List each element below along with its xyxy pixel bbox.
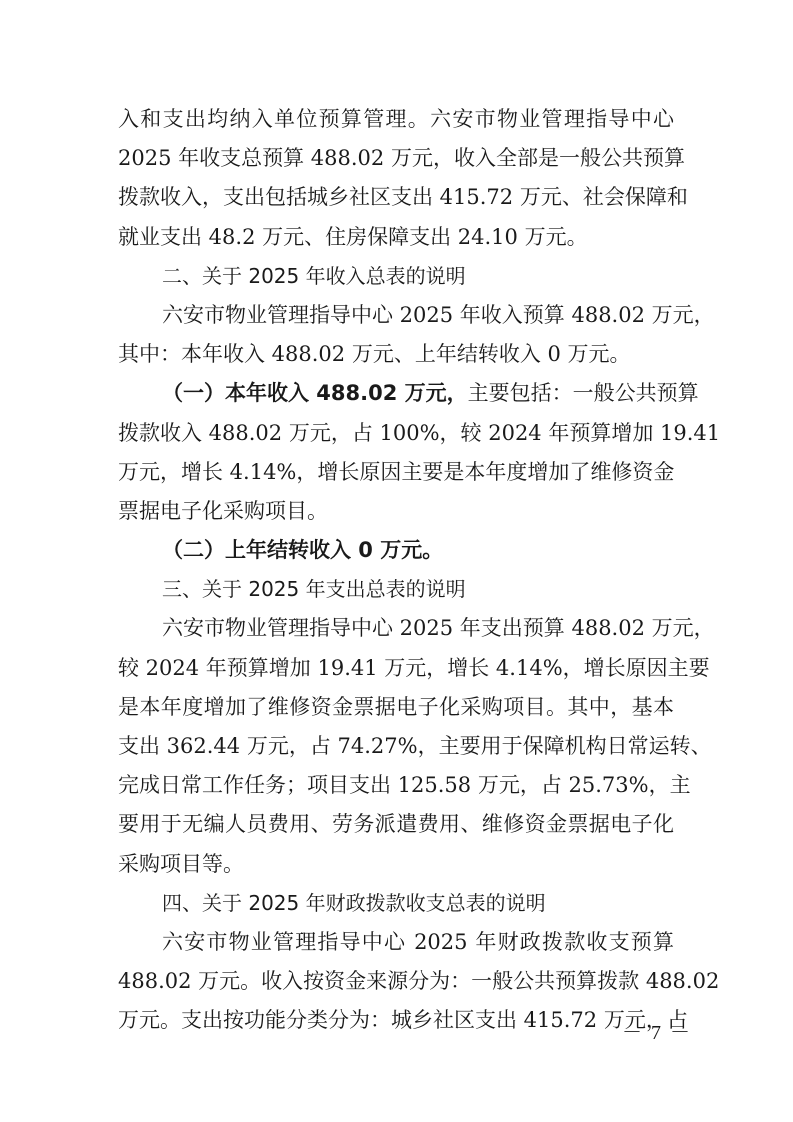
document-page: 入和支出均纳入单位预算管理。六安市物业管理指导中心 2025 年收支总预算 48… <box>118 100 674 1041</box>
text-line: 2025 年收支总预算 488.02 万元，收入全部是一般公共预算 <box>118 139 674 178</box>
text-line: 就业支出 48.2 万元、住房保障支出 24.10 万元。 <box>118 218 674 257</box>
text-line: 拨款收入，支出包括城乡社区支出 415.72 万元、社会保障和 <box>118 178 674 217</box>
intro-paragraph: 入和支出均纳入单位预算管理。六安市物业管理指导中心 2025 年收支总预算 48… <box>118 100 674 257</box>
text-line: 拨款收入 488.02 万元，占 100%，较 2024 年预算增加 19.41 <box>118 414 674 453</box>
text-line: 采购项目等。 <box>118 845 674 884</box>
text-line: 要用于无编人员费用、劳务派遣费用、维修资金票据电子化 <box>118 805 674 844</box>
subsection-title: （二）上年结转收入 0 万元。 <box>162 538 443 562</box>
text-line: 六安市物业管理指导中心 2025 年收入预算 488.02 万元， <box>118 296 674 335</box>
subsection-carryover-income: （二）上年结转收入 0 万元。 <box>118 531 674 570</box>
text-line: 万元。支出按功能分类分为：城乡社区支出 415.72 万元，占 <box>118 1001 674 1040</box>
text-line: 其中：本年收入 488.02 万元、上年结转收入 0 万元。 <box>118 335 674 374</box>
section-heading: 四、关于 2025 年财政拨款收支总表的说明 <box>118 884 674 923</box>
section-heading: 三、关于 2025 年支出总表的说明 <box>118 570 674 609</box>
text-line: 票据电子化采购项目。 <box>118 492 674 531</box>
page-number: － 7 － <box>622 1016 692 1045</box>
text-line: 完成日常工作任务；项目支出 125.58 万元，占 25.73%，主 <box>118 766 674 805</box>
subsection-text: 主要包括：一般公共预算 <box>468 381 699 405</box>
text-line: 支出 362.44 万元，占 74.27%，主要用于保障机构日常运转、 <box>118 727 674 766</box>
text-line: 较 2024 年预算增加 19.41 万元，增长 4.14%，增长原因主要 <box>118 649 674 688</box>
text-line: 488.02 万元。收入按资金来源分为：一般公共预算拨款 488.02 <box>118 962 674 1001</box>
text-line: 是本年度增加了维修资金票据电子化采购项目。其中，基本 <box>118 688 674 727</box>
section-fiscal-appropriation-summary: 四、关于 2025 年财政拨款收支总表的说明 六安市物业管理指导中心 2025 … <box>118 884 674 1041</box>
section-heading: 二、关于 2025 年收入总表的说明 <box>118 257 674 296</box>
subsection-title: （一）本年收入 488.02 万元， <box>162 381 468 405</box>
text-line: 六安市物业管理指导中心 2025 年财政拨款收支预算 <box>118 923 674 962</box>
section-expenditure-summary: 三、关于 2025 年支出总表的说明 六安市物业管理指导中心 2025 年支出预… <box>118 570 674 884</box>
section-income-summary: 二、关于 2025 年收入总表的说明 六安市物业管理指导中心 2025 年收入预… <box>118 257 674 571</box>
text-line: 六安市物业管理指导中心 2025 年支出预算 488.02 万元， <box>118 609 674 648</box>
subsection-current-year-income: （一）本年收入 488.02 万元，主要包括：一般公共预算 <box>118 374 674 413</box>
text-line: 入和支出均纳入单位预算管理。六安市物业管理指导中心 <box>118 100 674 139</box>
text-line: 万元，增长 4.14%，增长原因主要是本年度增加了维修资金 <box>118 453 674 492</box>
